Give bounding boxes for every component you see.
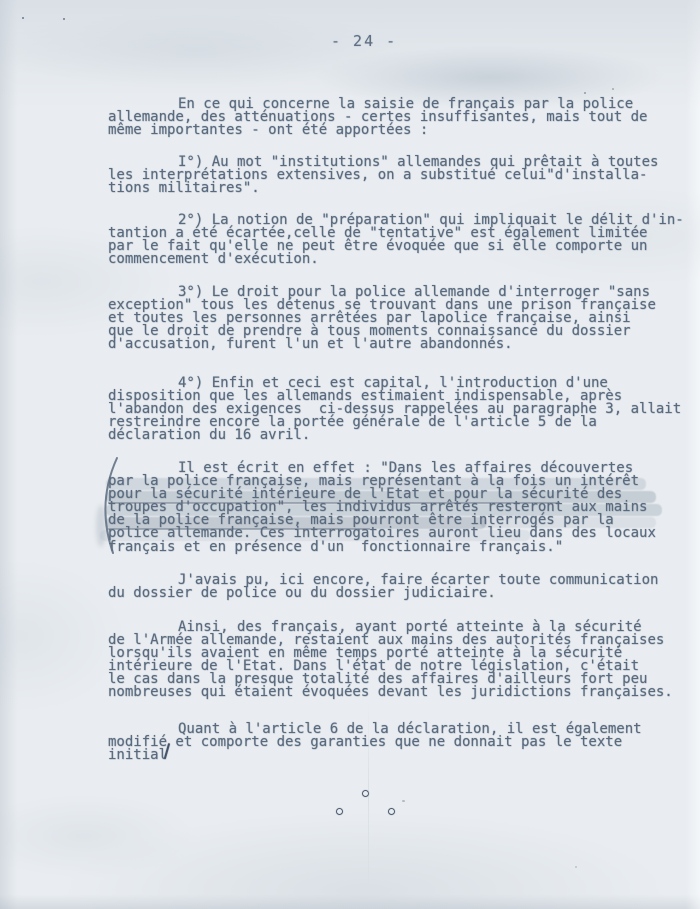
paragraph: J'avais pu, ici encore, faire écarter to…	[108, 574, 700, 600]
text-line: déclaration du 16 avril.	[108, 429, 700, 442]
scan-speck	[584, 92, 586, 94]
text-line: tions militaires".	[108, 182, 700, 195]
paragraph: I°) Au mot "institutions" allemandes qui…	[108, 156, 700, 195]
paragraph: 4°) Enfin et ceci est capital, l'introdu…	[108, 377, 700, 442]
text-line: français et en présence d'un fonctionnai…	[108, 541, 700, 554]
paragraph: Ainsi, des français, ayant porté atteint…	[108, 621, 700, 700]
page-number: - 24 -	[331, 32, 397, 50]
scanned-document-page: - 24 - En ce qui concerne la saisie de f…	[0, 0, 700, 909]
paragraph: Il est écrit en effet : "Dans les affair…	[108, 462, 700, 554]
paragraph: 2°) La notion de "préparation" qui impli…	[108, 214, 700, 266]
text-line: commencement d'exécution.	[108, 253, 700, 266]
typed-circle-mark	[336, 808, 343, 815]
scan-speck	[22, 17, 24, 19]
text-line: nombreuses qui étaient évoquées devant l…	[108, 686, 700, 699]
paragraph: 3°) Le droit pour la police allemande d'…	[108, 286, 700, 351]
text-line: du dossier de police ou du dossier judic…	[108, 587, 700, 600]
text-line: modifié et comporte des garanties que ne…	[108, 736, 700, 749]
scan-speck	[402, 800, 405, 802]
fold-crease	[368, 700, 369, 890]
scan-speck	[575, 866, 577, 868]
scan-speck	[63, 18, 65, 20]
text-line: même importantes - ont été apportées :	[108, 124, 700, 137]
paragraph: Quant à l'article 6 de la déclaration, i…	[108, 723, 700, 762]
margin-parenthesis-mark	[88, 452, 128, 562]
paragraph: En ce qui concerne la saisie de français…	[108, 98, 700, 137]
text-line: d'accusation, furent l'un et l'autre aba…	[108, 338, 700, 351]
scan-speck	[612, 88, 614, 90]
text-line: initial	[108, 749, 700, 762]
typed-circle-mark	[388, 808, 395, 815]
